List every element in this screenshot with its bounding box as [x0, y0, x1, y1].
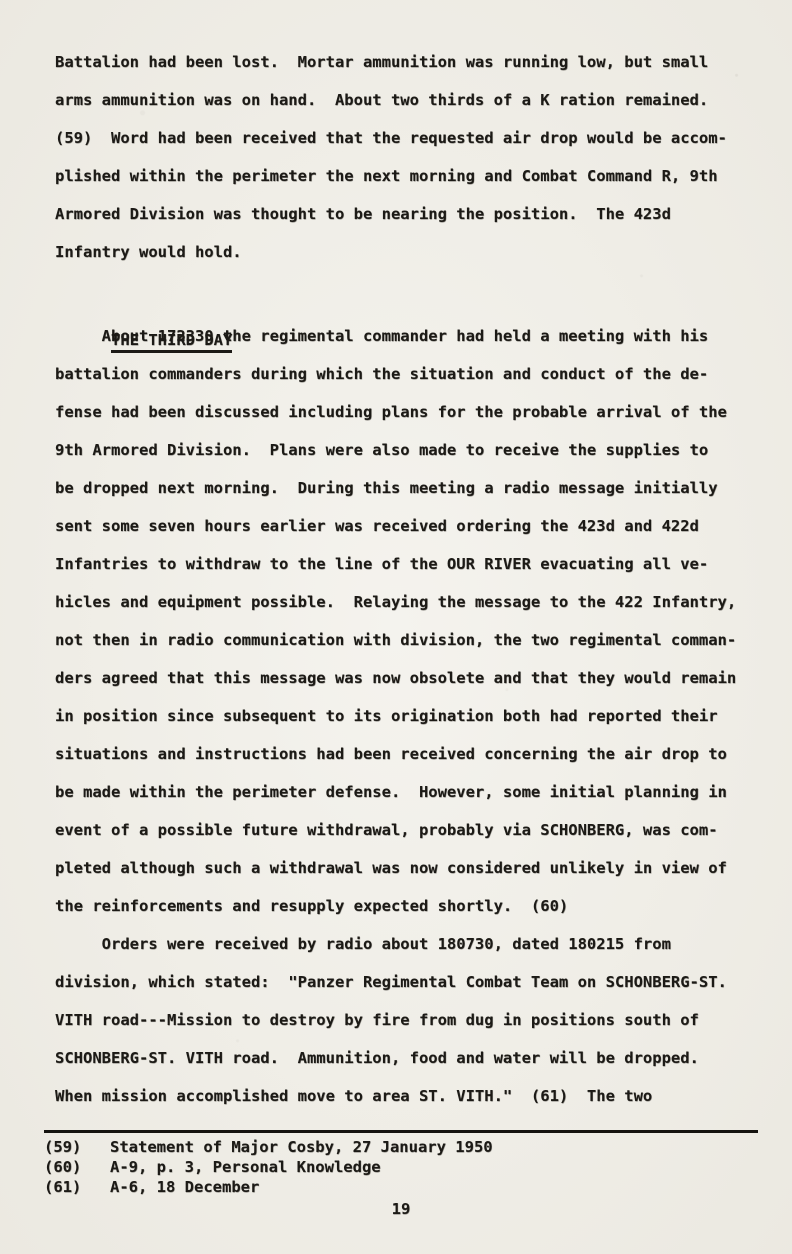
footnote-text: Statement of Major Cosby, 27 January 195… [110, 1137, 493, 1157]
text-line: be dropped next morning. During this mee… [55, 469, 767, 507]
text-line: ders agreed that this message was now ob… [55, 659, 767, 697]
footnote: (60) A-9, p. 3, Personal Knowledge [44, 1157, 758, 1177]
footnote-section: (59) Statement of Major Cosby, 27 Januar… [44, 1130, 758, 1219]
text-line: fense had been discussed including plans… [55, 393, 767, 431]
text-line: Infantries to withdraw to the line of th… [55, 545, 767, 583]
text-line: the reinforcements and resupply expected… [55, 887, 767, 925]
text-line: sent some seven hours earlier was receiv… [55, 507, 767, 545]
footnote-text: A-6, 18 December [110, 1177, 259, 1197]
text-line: in position since subsequent to its orig… [55, 697, 767, 735]
text-line: When mission accomplished move to area S… [55, 1077, 767, 1115]
footnote-number: (61) [44, 1177, 110, 1197]
text-line: battalion commanders during which the si… [55, 355, 767, 393]
scanned-typewritten-page: Battalion had been lost. Mortar ammuniti… [0, 0, 792, 1254]
text-line: Orders were received by radio about 1807… [55, 925, 767, 963]
paragraph: Battalion had been lost. Mortar ammuniti… [55, 43, 767, 271]
paragraph: Orders were received by radio about 1807… [55, 925, 767, 1115]
text-line: arms ammunition was on hand. About two t… [55, 81, 767, 119]
text-line: situations and instructions had been rec… [55, 735, 767, 773]
footnote-number: (59) [44, 1137, 110, 1157]
text-line: SCHONBERG-ST. VITH road. Ammunition, foo… [55, 1039, 767, 1077]
text-line: pleted although such a withdrawal was no… [55, 849, 767, 887]
text-line: event of a possible future withdrawal, p… [55, 811, 767, 849]
text-line: (59) Word had been received that the req… [55, 119, 767, 157]
text-line: not then in radio communication with div… [55, 621, 767, 659]
text-line: About 172330 the regimental commander ha… [55, 317, 767, 355]
text-line: VITH road---Mission to destroy by fire f… [55, 1001, 767, 1039]
text-line: Infantry would hold. [55, 233, 767, 271]
text-line: Armored Division was thought to be neari… [55, 195, 767, 233]
page-body-text: Battalion had been lost. Mortar ammuniti… [55, 43, 767, 1115]
page-number: 19 [44, 1199, 758, 1219]
footnote-text: A-9, p. 3, Personal Knowledge [110, 1157, 381, 1177]
text-line: division, which stated: "Panzer Regiment… [55, 963, 767, 1001]
text-line: hicles and equipment possible. Relaying … [55, 583, 767, 621]
text-line: be made within the perimeter defense. Ho… [55, 773, 767, 811]
paragraph: About 172330 the regimental commander ha… [55, 317, 767, 925]
text-line: 9th Armored Division. Plans were also ma… [55, 431, 767, 469]
footnote-number: (60) [44, 1157, 110, 1177]
text-line: Battalion had been lost. Mortar ammuniti… [55, 43, 767, 81]
section-heading: THE THIRD DAY [55, 271, 767, 317]
footnote: (61) A-6, 18 December [44, 1177, 758, 1197]
footnote: (59) Statement of Major Cosby, 27 Januar… [44, 1137, 758, 1157]
text-line: plished within the perimeter the next mo… [55, 157, 767, 195]
footnote-divider-rule [44, 1130, 758, 1133]
